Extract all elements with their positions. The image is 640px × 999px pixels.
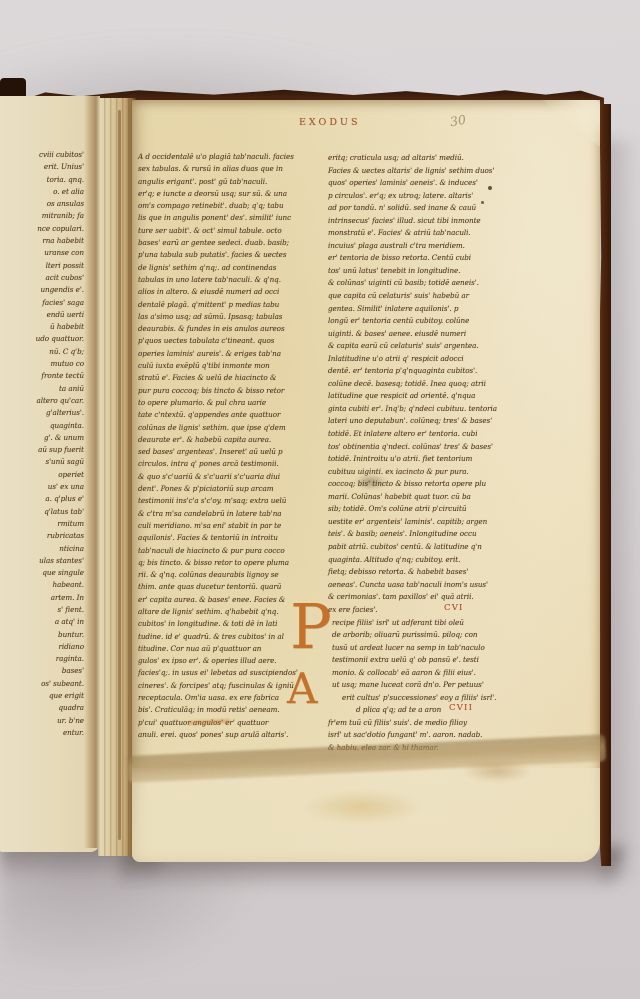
text-line: culū iuxta exēplū q'tibi inmonte mon [138,360,314,372]
text-line: er' capita aurea. & bases' enee. Facies … [138,594,314,606]
ink-smudge [354,474,388,490]
text-line: buntur. [0,630,84,642]
text-line: q'latus tab' [0,507,84,519]
text-line: q; bis tincto. & bisso retor to opere pl… [138,557,314,569]
text-line: colūnas de lignis' sethim. que ipse q'de… [138,422,314,434]
text-line: lteri possit [0,261,84,273]
text-line: mitranib; fa [0,211,84,223]
adplica-paragraph: erit cultus' p'successiones' eoy a filii… [328,692,512,717]
text-line: tos' obtinentia q'ndeci. colūnas' tres' … [328,441,512,454]
text-line: operiet [0,470,84,482]
text-line: aū sup fuerit [0,445,84,457]
running-title: EXODUS [299,117,360,128]
text-line: A d occidentalē u'o plagiā tab'naculi. f… [138,151,314,163]
parchment-stain [302,790,422,824]
text-line: colūne decē. basesq; totidē. Inea quoq; … [328,378,512,391]
decorated-initial-a: A [287,668,317,710]
text-line: teis'. & basib; aeneis'. Inlongitudine o… [328,528,512,541]
text-line: d plica q'q; ad te a aron [328,704,512,717]
folio-number: 30 [449,112,467,130]
text-line: rmitum [0,519,84,531]
text-line: lateri uno deputabun'. colūneq; tres' & … [328,415,512,428]
text-line: pabit atriū. cubitos' centū. & latitudin… [328,541,512,554]
text-line: ad por tandū. n' solidū. sed inane & cau… [328,202,512,215]
photo-backdrop: cviii cubitos'erit. Unius'toria. qnq.o. … [0,0,640,999]
text-line: s' fient. [0,605,84,617]
text-line: eritq; craticula usq; ad altaris' mediū. [328,152,512,165]
text-line: titudine. Cor nua aū p'quattuor an [138,643,314,655]
bent-corner [542,100,600,152]
text-line: sib; totidē. Om's colūne atrii p'circuit… [328,503,512,516]
text-line: s'unū sagū [0,457,84,469]
text-line: ū habebit [0,322,84,334]
text-line: erit. Unius' [0,162,84,174]
text-line: & capita earū cū celaturis' suis' argent… [328,340,512,353]
text-line: thim. ante quas ducetur tentoriū. quarū [138,581,314,593]
text-line: cviii cubitos' [0,150,84,162]
text-line: quos' operies' laminis' aeneis'. & induc… [328,177,512,190]
text-line: dentalē plagā. q'mittent' p medias tabu [138,299,314,311]
text-line: quadra [0,703,84,715]
text-line: dentē. er' tentoria p'q'nquaginta cubito… [328,365,512,378]
text-line: las a'simo usq; ad sūmū. Ipsasq; tabulas [138,311,314,323]
text-line: circulos. intra q' pones arcā testimonii… [138,458,314,470]
text-line: erit cultus' p'successiones' eoy a filii… [328,692,512,705]
text-line: de lignis' sethim q'nq;. ad continendas [138,262,314,274]
text-line: angulis erigant'. post' gū tab'naculi. [138,176,314,188]
gutter [98,98,136,856]
text-line: raginta. [0,654,84,666]
text-line: tate c'ntextū. q'appendes ante quattuor [138,409,314,421]
text-line: uestite er' argenteis' laminis'. capitib… [328,516,512,529]
text-line: altare de lignis' sethim. q'habebit q'nq… [138,606,314,618]
text-line: g'alterius'. [0,408,84,420]
text-line: tudine. id e' quadrū. & tres cubitos' in… [138,631,314,643]
text-line: incuius' plaga australi c'tra meridiem. [328,240,512,253]
text-line: tabulas in uno latere tab'naculi. & q'nq… [138,274,314,286]
text-line: ridiano [0,642,84,654]
text-line: uiginti. & bases' aenee. eiusdē numeri [328,328,512,341]
text-line: operies laminis' aureis'. & eriges tab'n… [138,348,314,360]
text-line: ulas stantes' [0,556,84,568]
facing-page-text: cviii cubitos'erit. Unius'toria. qnq.o. … [0,150,84,740]
text-line: quaginta. Altitudo q'nq; cubitoy. erit. [328,554,512,567]
text-line: altero qu'car. [0,396,84,408]
text-line: de arborib; oliuarū purissimū. piloq; co… [332,629,516,642]
recto-page: EXODUS 30 A d occidentalē u'o plagiā tab… [132,100,600,862]
text-line: ta aniū [0,384,84,396]
text-line: ut usq; mane luceat corā dn'o. Per petuu… [332,679,516,692]
text-line: ur. b'ne [0,716,84,728]
text-line: rii. & q'nq. colūnas deaurabis lignoy se [138,569,314,581]
text-line: rubricatas [0,531,84,543]
text-line: ex ere facies'. [328,604,512,617]
text-line: testimonii ins'c'a s'c'oy. m'saq; extra … [138,495,314,507]
text-line: nce copulari. [0,224,84,236]
text-line: monstratū e'. Facies' & atriū tab'naculi… [328,227,512,240]
text-line: Inlatitudine u'o atrii q' respicit adocc… [328,353,512,366]
text-line: acit cubos' [0,273,84,285]
text-line: testimonii extra uelū q' ob pansū e'. te… [332,654,516,667]
text-line: totidē. Inintroitu u'o atrii. fiet tento… [328,453,512,466]
text-line: tos' unū latus' tenebit in longitudine. [328,265,512,278]
text-line: nū. C q'b; [0,347,84,359]
text-line: dent'. Pones & p'piciatoriū sup arcam [138,483,314,495]
text-line: toria. qnq. [0,175,84,187]
text-line: que singule [0,568,84,580]
text-line: mutuo co [0,359,84,371]
text-line: nticina [0,544,84,556]
text-line: os' subeant. [0,679,84,691]
text-line: tab'naculi de hiacincto & pur pura cocco [138,545,314,557]
text-line: p circulos'. er'q; ex utroq; latere. alt… [328,190,512,203]
text-line: cubitos' in longitudine. & toti dē in la… [138,618,314,630]
text-line: latitudine que respicit ad orientē. q'nq… [328,390,512,403]
text-line: rna habebit [0,236,84,248]
text-line: facies' saga [0,298,84,310]
text-line: endū uerti [0,310,84,322]
text-line: tusū ut ardeat lucer na semp in tab'nacu… [332,642,516,655]
text-line: habeant. [0,580,84,592]
text-line: a atq' in [0,617,84,629]
text-line: os ansulas [0,199,84,211]
text-line: Facies & uectes altaris' de lignis' seth… [328,165,512,178]
text-line: aeneas'. Cuncta uasa tab'naculi inom's u… [328,579,512,592]
wormhole-dot [481,201,484,204]
text-line: udo quattuor. [0,334,84,346]
text-line: p'una tabula sub putatis'. facies & uect… [138,249,314,261]
praecipe-paragraph: recipe filiis' isrl' ut adferant tibi ol… [328,617,516,692]
text-line: er' tentoria de bisso retorta. Centū cub… [328,252,512,265]
chapter-number-cvi: CVI [444,603,464,613]
right-text-column: eritq; craticula usq; ad altaris' mediū.… [328,152,512,616]
text-line: longū er' tentoria centū cubitoy. colūne [328,315,512,328]
text-line: artem. In [0,593,84,605]
text-line: deaurabis. & fundes in eis anulos aureos [138,323,314,335]
left-text-column: A d occidentalē u'o plagiā tab'naculi. f… [138,151,314,741]
text-line: to opere plumario. & pul chra uarie [138,397,314,409]
text-line: fr'em tuū cū filiis' suis'. de medio fil… [328,717,512,730]
text-line: bases' earū ar gentee sedeci. duab. basi… [138,237,314,249]
text-line: que capita cū celaturis' suis' habebū ar [328,290,512,303]
text-line: a. q'plus e' [0,494,84,506]
text-line: marii. Colūnas' habebit quat tuor. cū ba [328,491,512,504]
text-line: totidē. Et inlatere altero er' tentoria.… [328,428,512,441]
text-line: que erigit [0,691,84,703]
text-line: ungendis e'. [0,285,84,297]
text-line: sex tabulas. & rursū in alias duas que i… [138,163,314,175]
text-line: lis que in angulis ponent' des'. similit… [138,212,314,224]
text-line: fronte tectū [0,371,84,383]
text-line: & colūnas' uiginti cū basib; totidē aene… [328,277,512,290]
text-line: entur. [0,728,84,740]
text-line: alios in altero. & eiusdē numeri ad occi [138,286,314,298]
text-line: & c'tra m'sa candelabrū in latere tab'na [138,508,314,520]
text-line: sed bases' argenteas'. Inseret' aū uelū … [138,446,314,458]
text-line: deaurate er'. & habebū capita aurea. [138,434,314,446]
text-line: er'q; e iuncte a deorsū usq; sur sū. & u… [138,188,314,200]
text-line: quaginta. [0,421,84,433]
text-line: culi meridiano. m'sa eni' stabit in par … [138,520,314,532]
text-line: stratū e'. Facies & uelū de hiacincto & [138,372,314,384]
text-line: & quo s'c'uariū & s'c'uarii s'c'uaria di… [138,471,314,483]
text-line: fietq; debisso retorta. & habebit bases' [328,566,512,579]
text-line: uranse con [0,248,84,260]
gutter-crease [118,110,121,840]
text-line: om's compago retinebit'. duab; q'q; tabu [138,200,314,212]
text-line: p'quos uectes tabulata c'tineant. quos [138,335,314,347]
text-line: pur pura coccoq; bis tincto & bisso reto… [138,385,314,397]
parchment-stain [462,760,532,782]
text-line: monio. & collocab' eā aaron & filii eius… [332,667,516,680]
text-line: g'. & unum [0,433,84,445]
text-line: o. et alia [0,187,84,199]
text-line: bases' [0,666,84,678]
text-line: aquilonis'. Facies & tentoriū in introit… [138,532,314,544]
text-line: anuli. erei. quos' pones' sup arulā alta… [138,729,314,741]
text-line: ginta cubiti er'. Inq'b; q'ndeci cubituu… [328,403,512,416]
text-line: intrinsecus' facies' illud. sicut tibi i… [328,215,512,228]
text-line: gentea. Similit' inlatere aquilonis'. p [328,303,512,316]
text-line: us' ex una [0,482,84,494]
text-line: ture ser uabit'. & oct' simul tabule. oc… [138,225,314,237]
wormhole-dot [488,186,492,190]
text-line: & cerimonias'. tam paxillos' ei' quā atr… [328,591,512,604]
text-line: recipe filiis' isrl' ut adferant tibi ol… [332,617,516,630]
chapter-number-cvii: CVII [449,703,473,713]
decorated-initial-p: P [290,596,332,658]
